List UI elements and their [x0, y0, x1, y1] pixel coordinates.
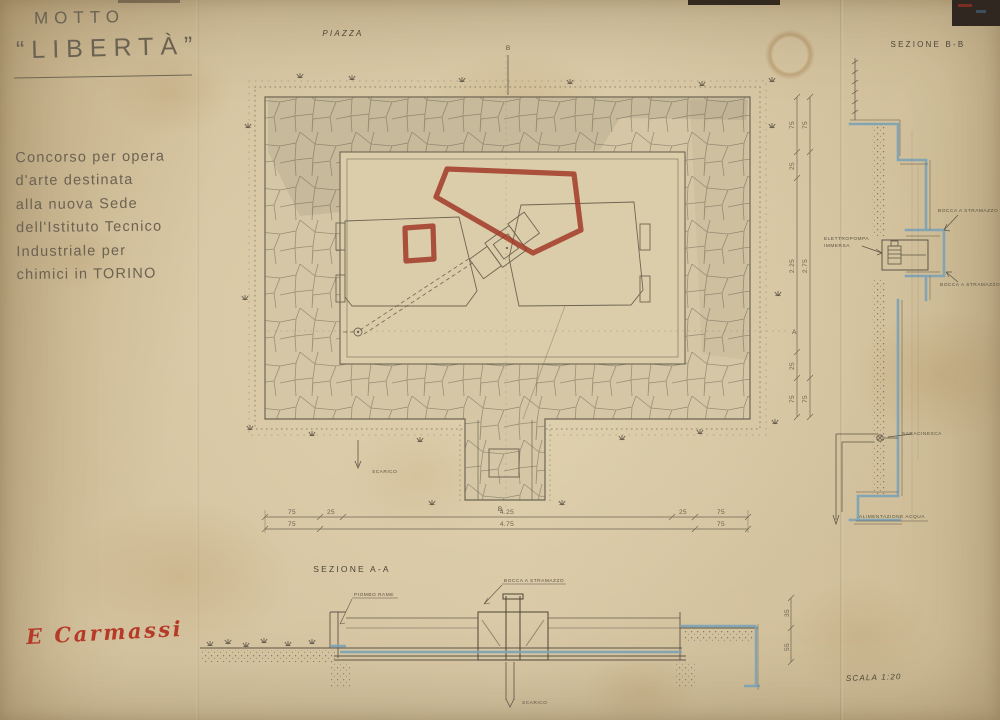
dim-label: 75	[802, 121, 809, 129]
section-aa-title: SEZIONE A-A	[313, 564, 391, 574]
section-bb-title: SEZIONE B-B	[891, 40, 966, 49]
pump-label-line2: IMMERSA	[824, 243, 850, 249]
dim-label: 2.25	[789, 259, 796, 273]
dim-label: 75	[288, 521, 296, 528]
dim-label: 4.75	[500, 521, 514, 528]
overflow-block	[478, 594, 548, 660]
ground-stipple	[872, 280, 886, 494]
supply-pipe	[833, 434, 898, 524]
dim-label: 25	[789, 162, 796, 170]
pump-symbol	[888, 241, 926, 264]
dim-label: 35	[784, 609, 791, 617]
level-ruler	[852, 58, 858, 120]
dim-label: 2.75	[802, 259, 809, 273]
dim-label: 75	[288, 509, 296, 516]
dim-label: 25	[679, 509, 687, 516]
section-drain-label: SCARICO	[522, 700, 547, 706]
dim-label: 4.25	[500, 509, 514, 516]
overflow-label-bottom: BOCCA A STRAMAZZO	[940, 282, 1000, 288]
dim-label: 75	[789, 395, 796, 403]
section-marker-a: A	[792, 329, 797, 336]
section-marker-b-top: B	[506, 45, 510, 52]
dim-label: 75	[717, 521, 725, 528]
basin-outline	[340, 152, 685, 364]
foundation-stipple	[330, 662, 350, 688]
ground-stipple	[684, 631, 754, 643]
drain-pipe	[506, 662, 514, 707]
dimension-lines-section	[788, 595, 794, 665]
section-plants	[207, 638, 315, 647]
pump-label-line1: ELETTROPOMPA	[824, 236, 869, 242]
section-bb: SEZIONE B-B	[824, 40, 1000, 524]
dim-label: 75	[717, 509, 725, 516]
ground-stipple	[202, 650, 336, 662]
plan-view: SCARICO PIAZZA B B A	[242, 29, 813, 533]
overflow-label-top: BOCCA A STRAMAZZO	[938, 208, 998, 214]
technical-drawing: SCARICO PIAZZA B B A	[0, 0, 1000, 720]
edge-material-label: PIOMBO RAME	[354, 592, 394, 598]
dim-label: 25	[789, 362, 796, 370]
supply-label: ALIMENTAZIONE ACQUA	[859, 514, 925, 520]
dimension-lines-right	[794, 94, 813, 420]
drawing-sheet: MOTTO “LIBERTÀ” Concorso per opera d'art…	[0, 0, 1000, 720]
plan-title: PIAZZA	[322, 29, 363, 38]
dim-label: 25	[327, 509, 335, 516]
ground-stipple	[872, 124, 886, 236]
foundation-stipple	[676, 662, 696, 688]
plan-drain-label: SCARICO	[372, 469, 397, 475]
scale-label: SCALA 1:20	[846, 672, 902, 683]
valve-label: SARACINESCA	[902, 431, 942, 437]
overflow-label: BOCCA A STRAMAZZO	[504, 578, 564, 584]
dim-label: 75	[802, 395, 809, 403]
dim-label: 75	[789, 121, 796, 129]
dim-label: 55	[784, 643, 791, 651]
section-aa: SEZIONE A-A	[200, 564, 794, 707]
